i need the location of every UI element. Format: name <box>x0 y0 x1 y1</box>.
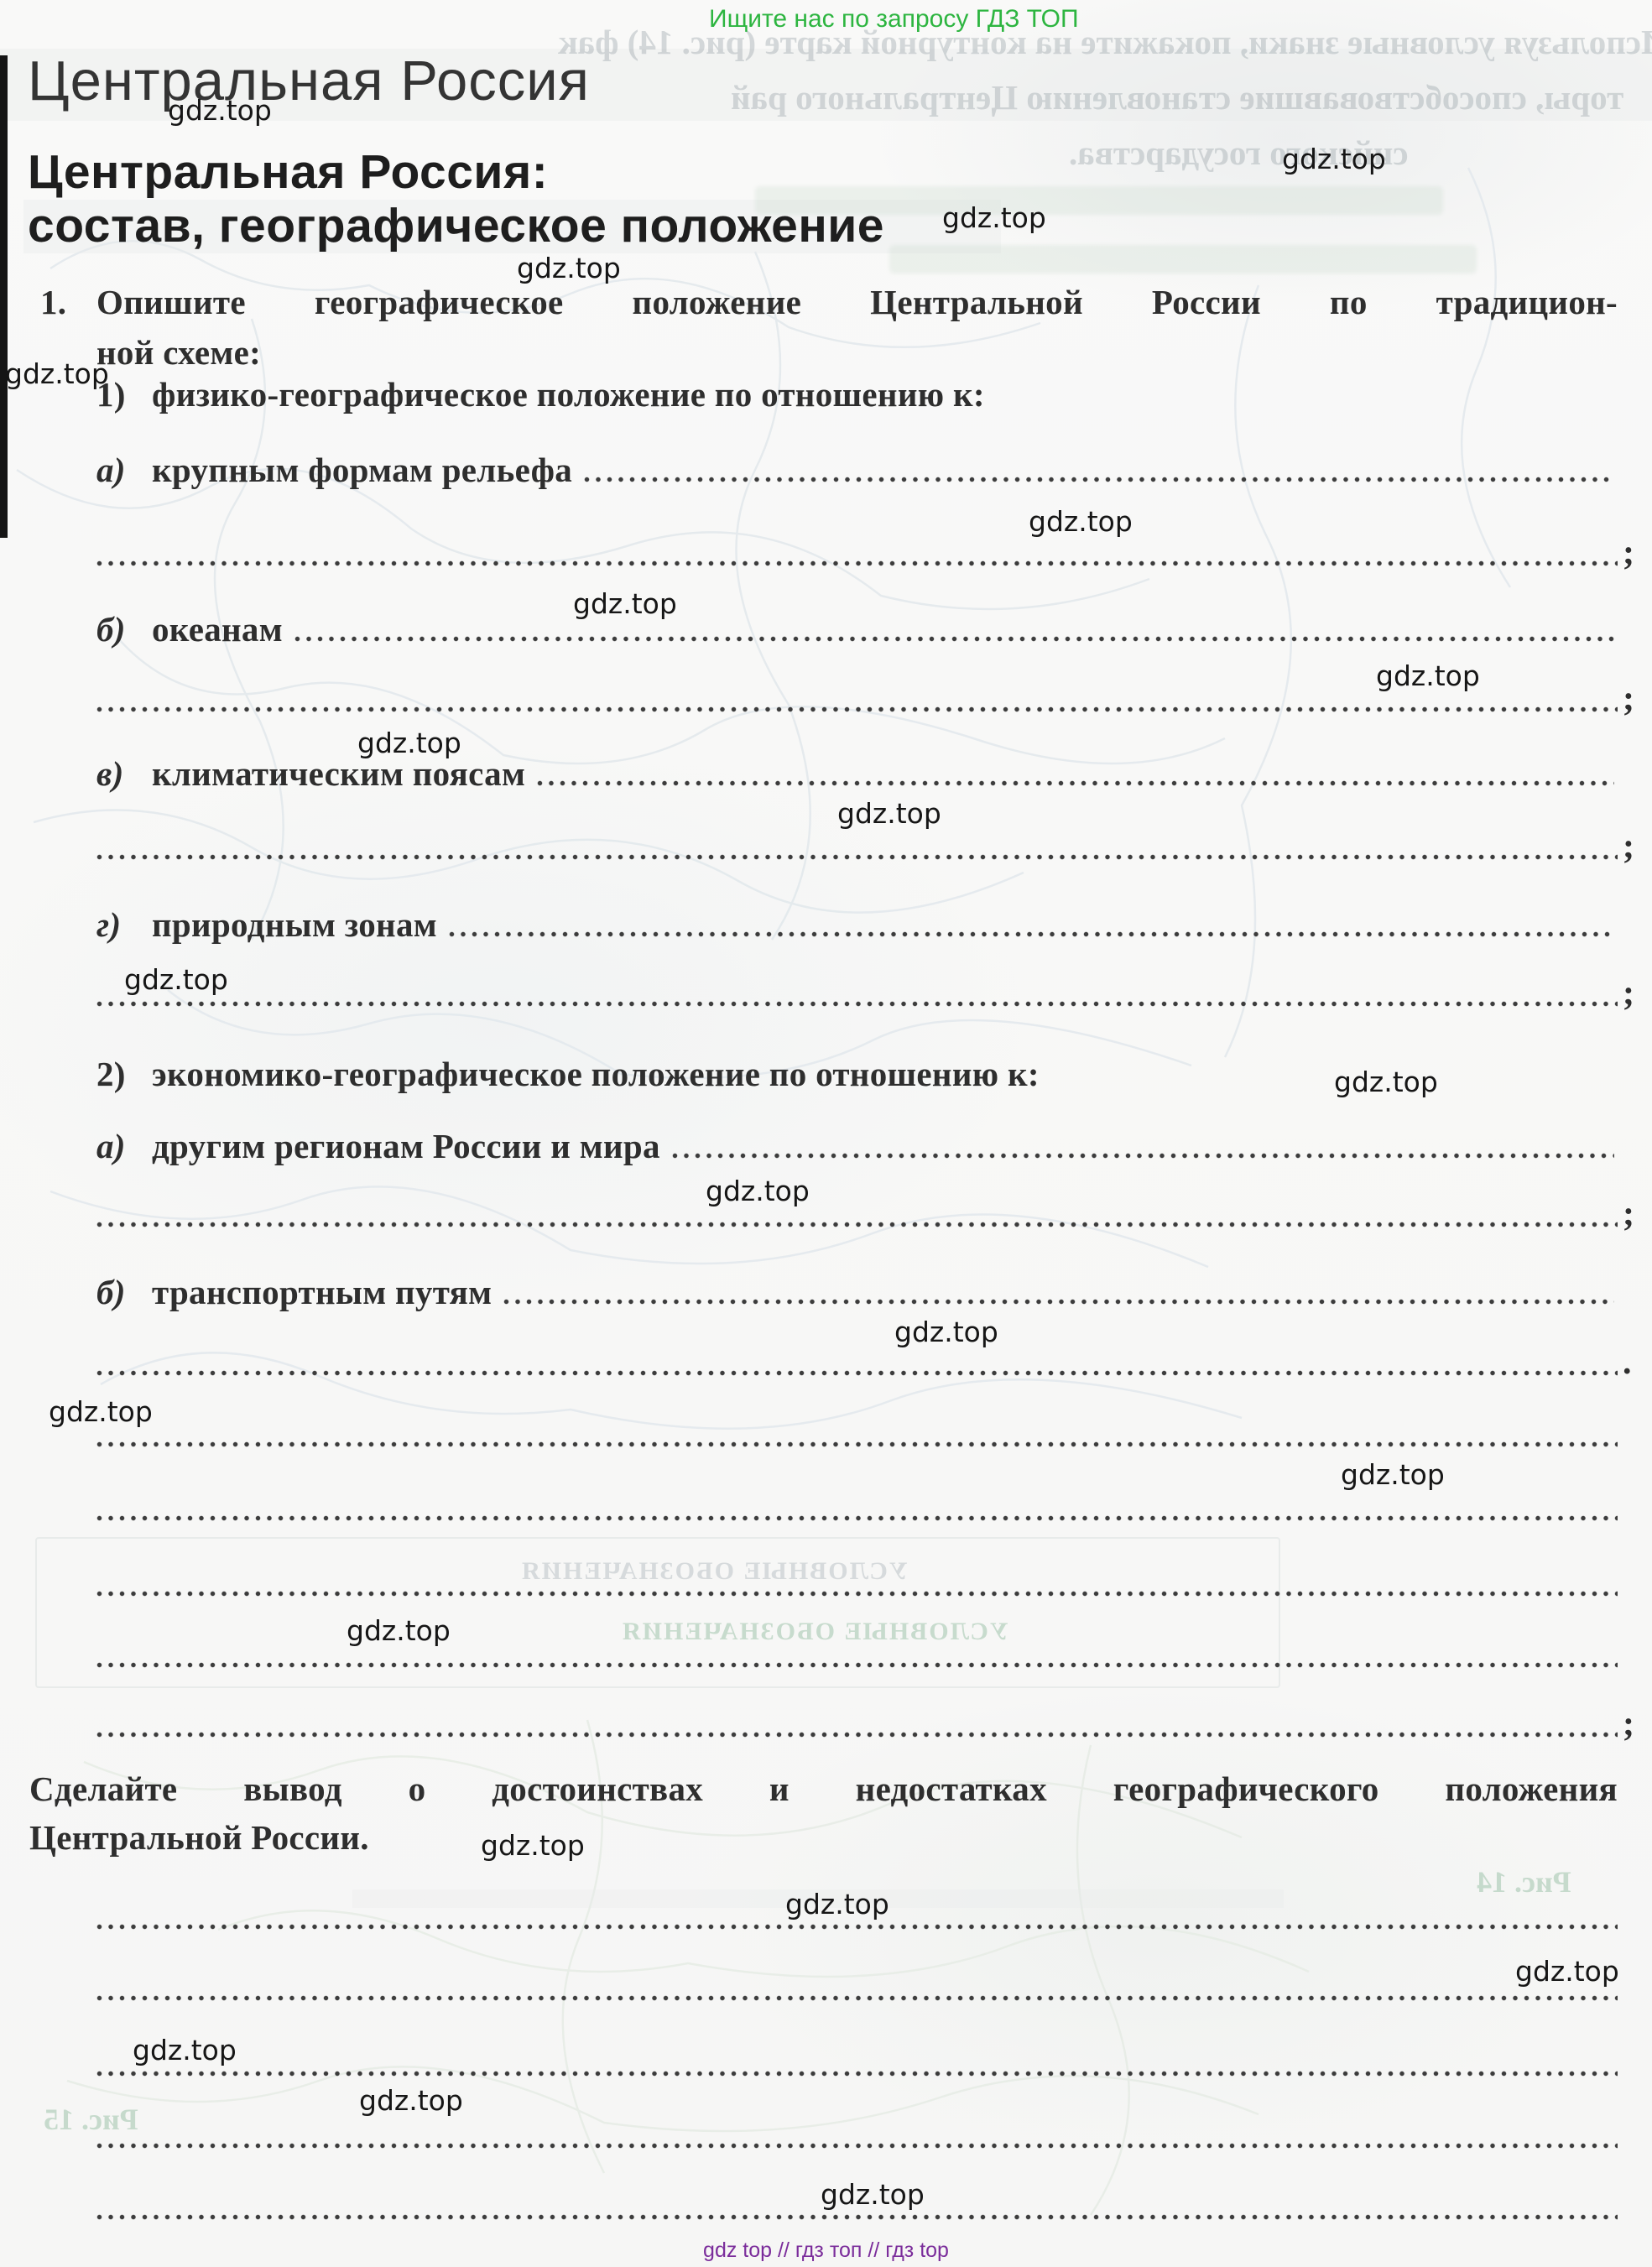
section-heading-line-1: Центральная Россия: <box>28 144 548 200</box>
scanned-workbook-page: 2. Используя условные знаки, покажите на… <box>0 0 1652 2267</box>
answer-item-transport: б) транспортным путям <box>96 1272 1618 1312</box>
gdz-watermark: gdz.top <box>124 963 228 996</box>
item-label: крупным формам рельефа <box>152 450 572 490</box>
gdz-watermark: gdz.top <box>706 1175 810 1207</box>
answer-item-regions: а) другим регионам России и мира <box>96 1126 1618 1166</box>
gdz-watermark: gdz.top <box>5 357 109 390</box>
bleed-legend-caption-1: УСЛОВНЫЕ ОБОЗНАЧЕНИЯ <box>520 1557 908 1586</box>
promo-banner: Ищите нас по запросу ГДЗ ТОП <box>709 5 1079 34</box>
item-label: другим регионам России и мира <box>152 1126 660 1166</box>
line-end-punctuation: ; <box>1623 1707 1634 1742</box>
gdz-watermark: gdz.top <box>359 2084 463 2117</box>
footer-watermark-line: gdz top // гдз топ // гдз top <box>703 2238 949 2263</box>
gdz-watermark: gdz.top <box>821 2178 925 2211</box>
sub1-text: физико-географическое положение по отнош… <box>152 374 985 414</box>
conclusion-line-1: Сделайте вывод о достоинствах и недостат… <box>29 1769 1618 1809</box>
answer-dotted-line <box>96 1924 1618 1931</box>
item-letter: б) <box>96 609 152 649</box>
bleed-blur-line-2 <box>889 245 1477 274</box>
task1-text-line-2: ной схеме: <box>96 332 261 373</box>
page-title: Центральная Россия <box>28 49 590 113</box>
bleed-task-line-2: торы, способствовавшие становлению Центр… <box>731 77 1623 117</box>
bleed-fig14-caption: Рис. 14 <box>1477 1864 1571 1900</box>
item-label: транспортным путям <box>152 1272 492 1312</box>
answer-dotted-line <box>96 1591 1618 1597</box>
answer-dotted-line <box>96 1001 1618 1008</box>
dotted-filler <box>537 780 1614 787</box>
answer-dotted-line <box>96 706 1618 713</box>
dotted-filler <box>503 1299 1614 1305</box>
gdz-watermark: gdz.top <box>1341 1458 1445 1491</box>
task1-sub1: 1) физико-географическое положение по от… <box>96 374 1618 414</box>
gdz-watermark: gdz.top <box>837 797 941 830</box>
dotted-filler <box>672 1153 1614 1160</box>
answer-dotted-line <box>96 2071 1618 2077</box>
line-end-punctuation: ; <box>1623 829 1634 864</box>
item-label: океанам <box>152 609 283 649</box>
answer-item-relief: а) крупным формам рельефа <box>96 450 1618 490</box>
item-letter: г) <box>96 904 152 945</box>
sub2-text: экономико-географическое положение по от… <box>152 1054 1040 1094</box>
answer-item-climate: в) климатическим поясам <box>96 753 1618 794</box>
line-end-punctuation: ; <box>1623 1196 1634 1232</box>
gdz-watermark: gdz.top <box>168 94 272 127</box>
gdz-watermark: gdz.top <box>49 1395 153 1428</box>
bleed-legend-caption-2: УСЛОВНЫЕ ОБОЗНАЧЕНИЯ <box>621 1618 1008 1646</box>
gdz-watermark: gdz.top <box>1282 143 1386 175</box>
gdz-watermark: gdz.top <box>481 1829 585 1862</box>
dotted-filler <box>294 636 1614 643</box>
line-end-punctuation: ; <box>1623 976 1634 1011</box>
item-letter: а) <box>96 450 152 490</box>
item-label: климатическим поясам <box>152 753 525 794</box>
bleed-fig15-caption: Рис. 15 <box>44 2102 138 2137</box>
conclusion-line-2: Центральной России. <box>29 1817 369 1858</box>
answer-dotted-line <box>96 1441 1618 1448</box>
item-letter: б) <box>96 1272 152 1312</box>
gdz-watermark: gdz.top <box>517 252 621 284</box>
answer-dotted-line <box>96 1662 1618 1669</box>
answer-dotted-line <box>96 1222 1618 1228</box>
answer-dotted-line <box>96 2143 1618 2150</box>
gdz-watermark: gdz.top <box>1515 1955 1619 1988</box>
task1-text-line-1: Опишите географическое положение Централ… <box>96 282 1618 322</box>
line-end-punctuation: ; <box>1623 535 1634 571</box>
sub2-number: 2) <box>96 1054 152 1094</box>
answer-dotted-line <box>96 2214 1618 2221</box>
gdz-watermark: gdz.top <box>894 1316 998 1348</box>
gdz-watermark: gdz.top <box>942 201 1046 234</box>
gdz-watermark: gdz.top <box>357 727 461 759</box>
answer-dotted-line <box>96 1995 1618 2002</box>
gdz-watermark: gdz.top <box>1376 659 1480 692</box>
line-end-punctuation: . <box>1623 1345 1632 1380</box>
answer-item-oceans: б) океанам <box>96 609 1618 649</box>
answer-dotted-line <box>96 854 1618 861</box>
scan-spine-edge <box>0 55 8 538</box>
gdz-watermark: gdz.top <box>1029 505 1133 538</box>
gdz-watermark: gdz.top <box>785 1888 889 1920</box>
task1-number: 1. <box>40 282 66 322</box>
answer-dotted-line <box>96 560 1618 567</box>
dotted-filler <box>584 477 1614 483</box>
gdz-watermark: gdz.top <box>573 587 677 620</box>
answer-item-zones: г) природным зонам <box>96 904 1618 945</box>
section-heading-line-2: состав, географическое положение <box>28 198 884 253</box>
item-letter: в) <box>96 753 152 794</box>
gdz-watermark: gdz.top <box>347 1614 451 1647</box>
answer-dotted-line <box>96 1515 1618 1522</box>
item-letter: а) <box>96 1126 152 1166</box>
answer-dotted-line <box>96 1732 1618 1738</box>
answer-dotted-line <box>96 1370 1618 1377</box>
dotted-filler <box>449 931 1614 938</box>
gdz-watermark: gdz.top <box>1334 1066 1438 1098</box>
line-end-punctuation: ; <box>1623 681 1634 717</box>
gdz-watermark: gdz.top <box>133 2034 237 2066</box>
item-label: природным зонам <box>152 904 437 945</box>
